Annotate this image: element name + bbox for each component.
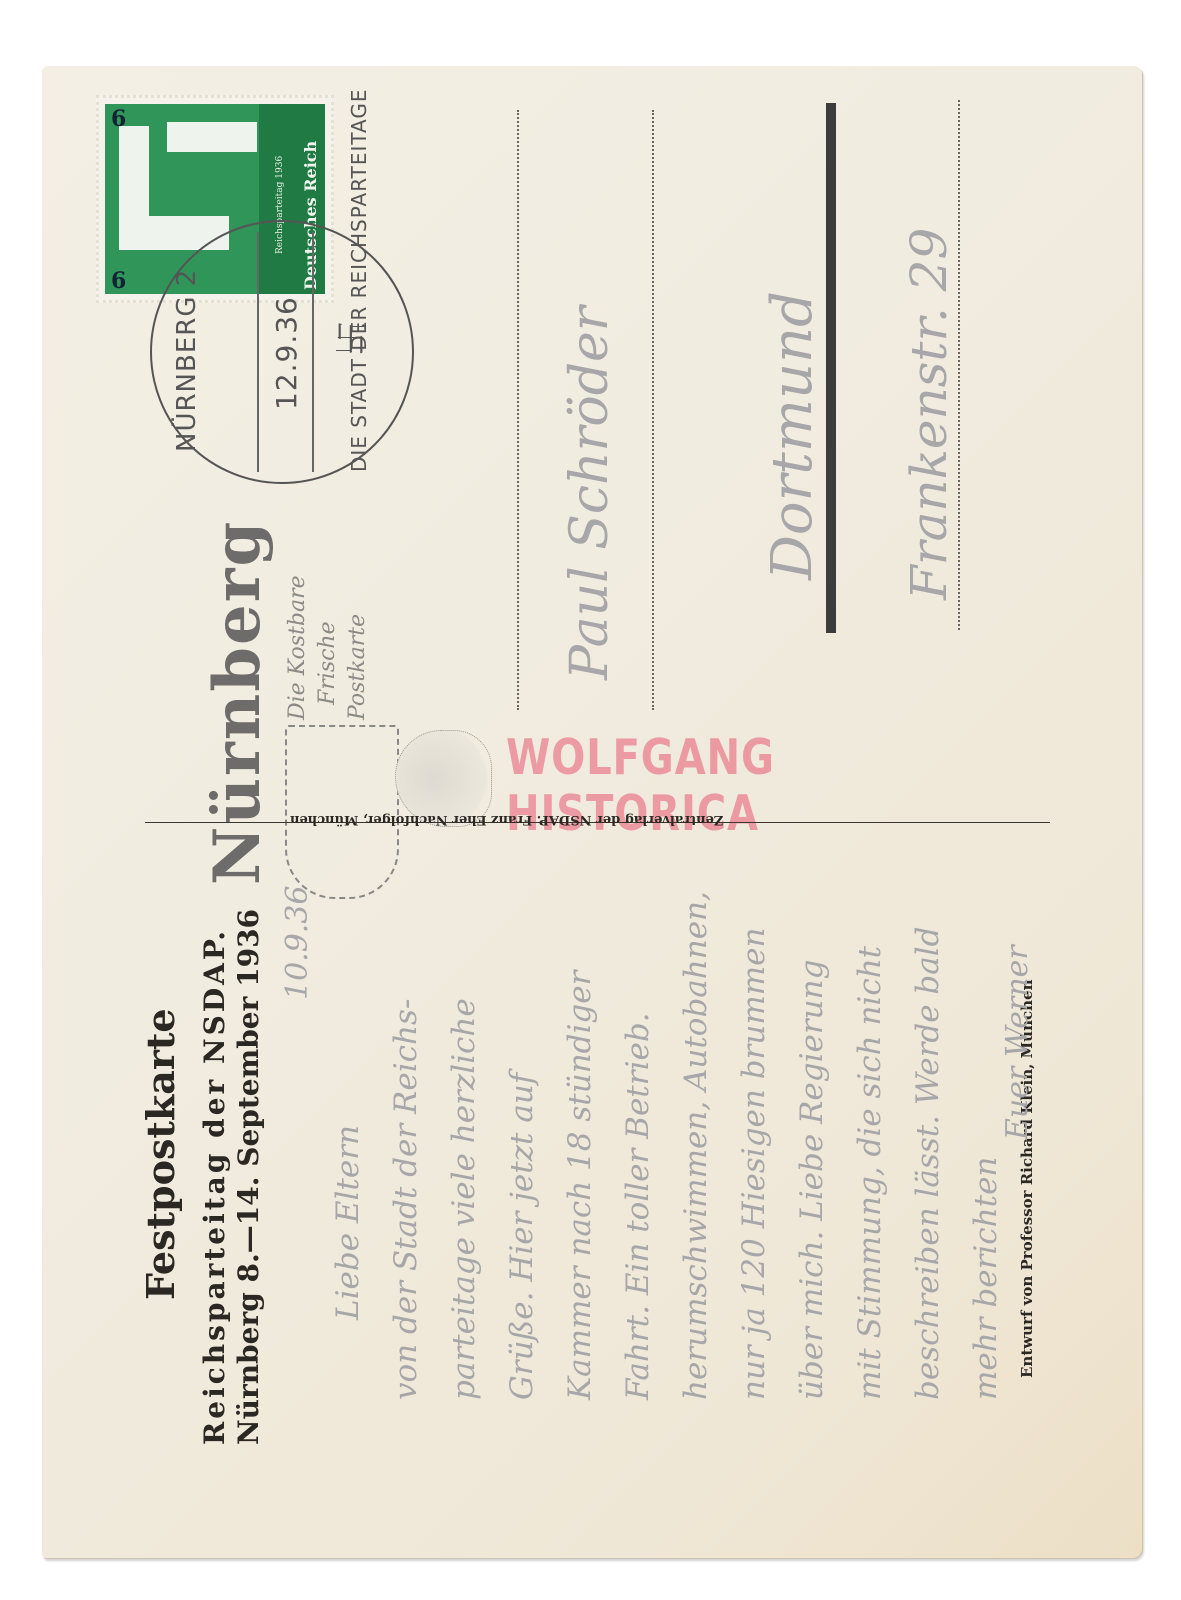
message-line: nur ja 120 Hiesigen brummen (736, 928, 772, 1400)
message-line: mit Stimmung, die sich nicht (852, 946, 888, 1400)
postmark: NÜRNBERG 2 12.9.36 DIE STADT DER REICHSP… (150, 220, 414, 484)
card-subheading: Reichsparteitag der NSDAP. (198, 928, 231, 1445)
stamp-value-top: 6 (111, 106, 126, 132)
message-line: Fahrt. Ein toller Betrieb. (620, 1012, 656, 1400)
card-heading: Festpostkarte (138, 1008, 183, 1300)
postmark-slogan: DIE STADT DER REICHSPARTEITAGE (347, 88, 371, 472)
slogan-cancel-line: Postkarte (345, 614, 370, 720)
postmark-date: 12.9.36 (270, 296, 303, 410)
swastika-icon: 卐 (334, 312, 368, 361)
message-date: 10.9.36 (280, 885, 315, 1000)
message-line: Grüße. Hier jetzt auf (504, 1073, 540, 1400)
publisher-line: Zentralverlag der NSDAP. Franz Eher Nach… (290, 812, 723, 827)
address-line (652, 110, 654, 710)
message-line: Kammer nach 18 stündiger (562, 971, 598, 1400)
address-line (517, 110, 519, 710)
address-underline (826, 103, 836, 633)
message-line: parteitage viele herzliche (446, 998, 482, 1400)
message-line: beschreiben lässt. Werde bald (910, 926, 946, 1400)
message-line: mehr berichten (968, 1157, 1004, 1400)
address-line (958, 100, 960, 630)
address-city: Dortmund (760, 291, 825, 580)
slogan-cancel-line: Die Kostbare (285, 575, 310, 720)
postmark-city: NÜRNBERG 2 (172, 269, 202, 452)
message-line: herumschwimmen, Autobahnen, (678, 891, 714, 1400)
address-name: Paul Schröder (560, 306, 620, 680)
slogan-cancel-city: Nürnberg (200, 520, 275, 885)
message-line: Liebe Eltern (330, 1125, 366, 1320)
slogan-cancel-line: Frische (315, 621, 340, 705)
address-street: Frankenstr. 29 (900, 228, 958, 600)
message-signature: Euer Werner (1000, 945, 1035, 1140)
message-line: über mich. Liebe Regierung (794, 960, 830, 1400)
stamp-value-bottom: 6 (111, 268, 126, 294)
watermark-line-1: WOLFGANG (506, 730, 775, 786)
message-line: von der Stadt der Reichs- (388, 999, 424, 1400)
card-dates: Nürnberg 8.—14. September 1936 (232, 909, 265, 1445)
slogan-cancel: Nürnberg Die Kostbare Frische Postkarte (190, 490, 440, 910)
